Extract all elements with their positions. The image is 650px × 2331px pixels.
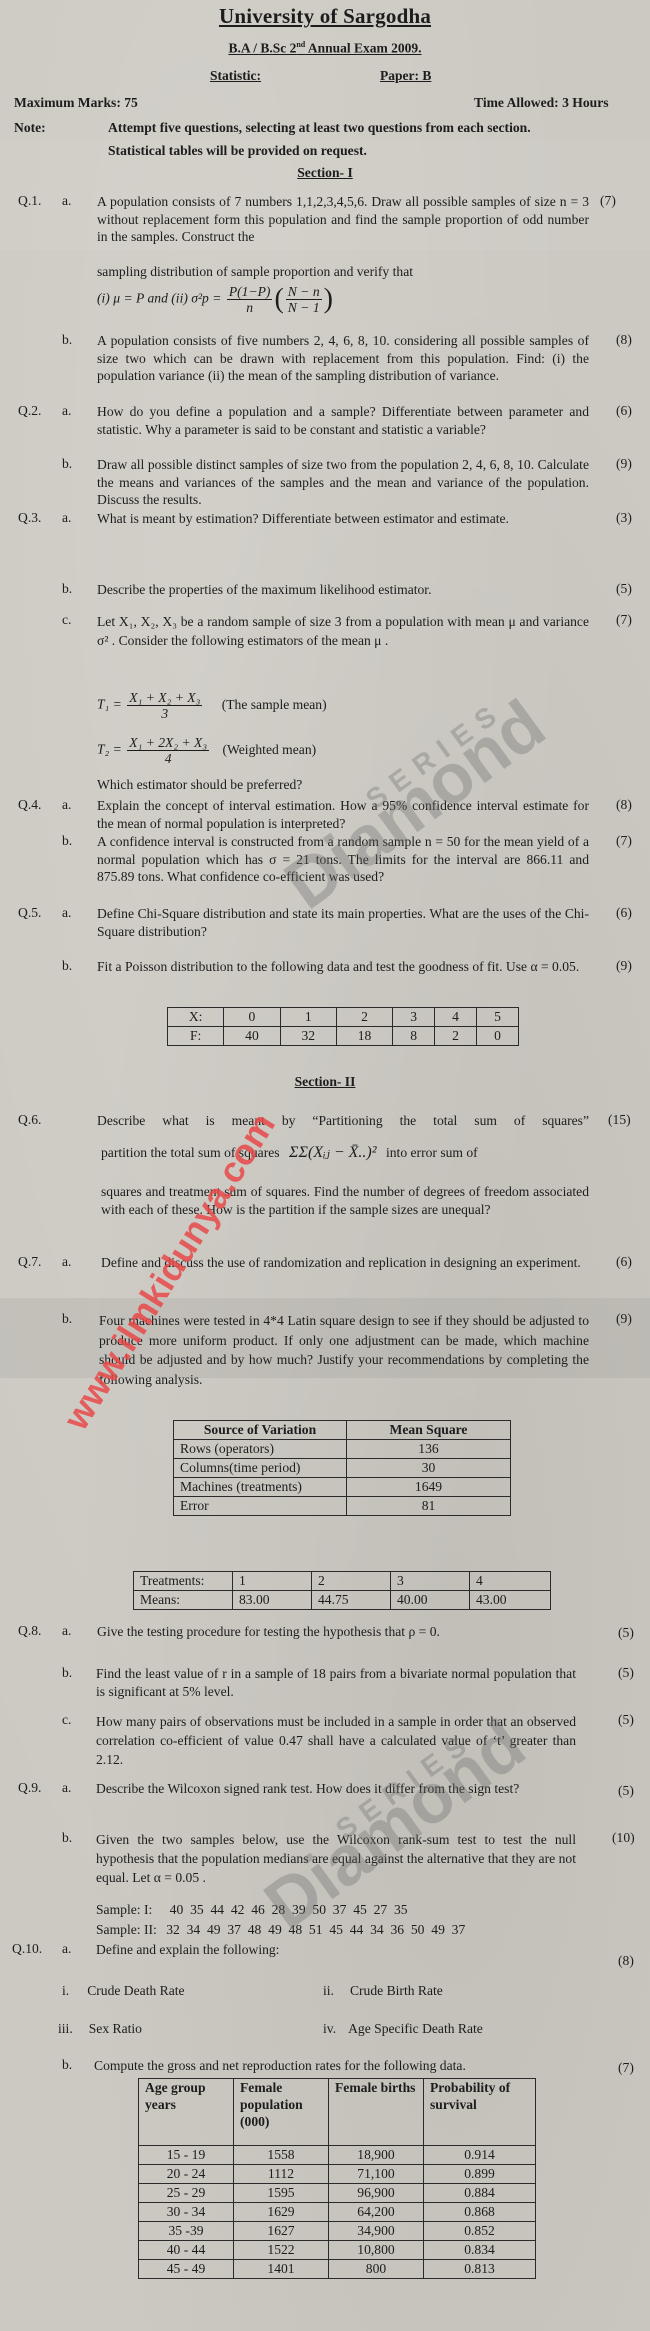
table-cell: 32 bbox=[280, 1027, 336, 1046]
fraction: X₁ + 2X₂ + X₃4 bbox=[127, 735, 209, 766]
table-row: 20 - 24 1112 71,100 0.899 bbox=[139, 2165, 536, 2184]
table-row: 45 - 49 1401 800 0.813 bbox=[139, 2260, 536, 2279]
q6-text-2: partition the total sum of squares ΣΣ(Xᵢ… bbox=[101, 1144, 478, 1162]
q10-number: Q.10. bbox=[12, 1941, 42, 1957]
formula-part: (i) μ = P and (ii) σ²p = bbox=[97, 291, 221, 306]
table-cell: 0.834 bbox=[424, 2241, 536, 2260]
table-cell: 43.00 bbox=[470, 1591, 551, 1610]
table-cell: 1595 bbox=[234, 2184, 329, 2203]
treatment-means-table: Treatments: 1 2 3 4 Means: 83.00 44.75 4… bbox=[133, 1571, 551, 1610]
table-header-row: Source of Variation Mean Square bbox=[174, 1421, 511, 1440]
numerator: X₁ + 2X₂ + X₃ bbox=[127, 735, 209, 751]
table-row: X: 0 1 2 3 4 5 bbox=[168, 1008, 519, 1027]
q3b-marks: (5) bbox=[616, 581, 632, 597]
q4b-marks: (7) bbox=[616, 833, 632, 849]
definition-item: iii.Sex Ratio bbox=[58, 2020, 142, 2038]
q2a-text: How do you define a population and a sam… bbox=[97, 403, 589, 438]
q5b-text: Fit a Poisson distribution to the follow… bbox=[97, 958, 589, 976]
q4a-marks: (8) bbox=[616, 797, 632, 813]
table-cell: 1629 bbox=[234, 2203, 329, 2222]
fraction: P(1−P)n bbox=[227, 284, 273, 315]
q3c-marks: (7) bbox=[616, 612, 632, 628]
table-header: Female births bbox=[329, 2079, 424, 2146]
time-allowed: Time Allowed: 3 Hours bbox=[474, 94, 609, 112]
q6-number: Q.6. bbox=[18, 1112, 41, 1128]
fraction: X₁ + X₂ + X₃3 bbox=[127, 690, 202, 721]
q2-number: Q.2. bbox=[18, 403, 41, 419]
q8b-marks: (5) bbox=[618, 1665, 634, 1681]
table-row: 30 - 34 1629 64,200 0.868 bbox=[139, 2203, 536, 2222]
q8a-text: Give the testing procedure for testing t… bbox=[97, 1623, 589, 1641]
q8c-label: c. bbox=[62, 1712, 71, 1728]
q3c-text: Let X₁, X₂, X₃ be a random sample of siz… bbox=[97, 612, 589, 650]
q6-text-1: Describe what is meant by “Partitioning … bbox=[97, 1112, 589, 1130]
q3-number: Q.3. bbox=[18, 510, 41, 526]
q7b-label: b. bbox=[62, 1311, 72, 1327]
q10b-marks: (7) bbox=[618, 2060, 634, 2076]
table-row: 40 - 44 1522 10,800 0.834 bbox=[139, 2241, 536, 2260]
item-text: Age Specific Death Rate bbox=[348, 2021, 483, 2036]
table-cell: 4 bbox=[470, 1572, 551, 1591]
table-row: 15 - 19 1558 18,900 0.914 bbox=[139, 2146, 536, 2165]
reproduction-rates-table: Age group years Female population (000) … bbox=[138, 2078, 536, 2279]
subject-label: Statistic: bbox=[210, 68, 261, 84]
table-cell: 8 bbox=[393, 1027, 435, 1046]
poisson-table: X: 0 1 2 3 4 5 F: 40 32 18 8 2 0 bbox=[167, 1007, 519, 1046]
q5-number: Q.5. bbox=[18, 905, 41, 921]
q1a-text: A population consists of 7 numbers 1,1,2… bbox=[97, 193, 589, 246]
table-cell: 4 bbox=[435, 1008, 477, 1027]
item-number: iii. bbox=[58, 2021, 73, 2036]
q1b-marks: (8) bbox=[616, 332, 632, 348]
table-cell: 96,900 bbox=[329, 2184, 424, 2203]
paren: ( bbox=[274, 284, 283, 315]
table-cell: 3 bbox=[391, 1572, 470, 1591]
q8-number: Q.8. bbox=[18, 1623, 41, 1639]
q2b-marks: (9) bbox=[616, 456, 632, 472]
note-label: Note: bbox=[14, 119, 46, 137]
item-number: iv. bbox=[323, 2021, 336, 2036]
q8c-marks: (5) bbox=[618, 1712, 634, 1728]
exam-title-suffix: Annual Exam 2009. bbox=[305, 41, 421, 56]
exam-title: B.A / B.Sc 2nd Annual Exam 2009. bbox=[0, 40, 650, 57]
table-cell: 0.899 bbox=[424, 2165, 536, 2184]
sample-label: Sample: I: bbox=[96, 1902, 152, 1917]
table-cell: Means: bbox=[134, 1591, 233, 1610]
table-cell: 0.914 bbox=[424, 2146, 536, 2165]
q4-number: Q.4. bbox=[18, 797, 41, 813]
q3c-label: c. bbox=[62, 612, 71, 628]
q3b-text: Describe the properties of the maximum l… bbox=[97, 581, 589, 599]
table-cell: 40.00 bbox=[391, 1591, 470, 1610]
table-row: F: 40 32 18 8 2 0 bbox=[168, 1027, 519, 1046]
table-row: 35 -39 1627 34,900 0.852 bbox=[139, 2222, 536, 2241]
table-cell: 45 - 49 bbox=[139, 2260, 234, 2279]
table-cell: 20 - 24 bbox=[139, 2165, 234, 2184]
q1a-marks: (7) bbox=[600, 193, 616, 209]
exam-paper: University of Sargodha B.A / B.Sc 2nd An… bbox=[0, 0, 650, 2331]
sample-2: Sample: II: 32 34 49 37 48 49 48 51 45 4… bbox=[96, 1921, 465, 1939]
table-row: Machines (treatments) 1649 bbox=[174, 1478, 511, 1497]
university-title: University of Sargodha bbox=[0, 4, 650, 29]
formula-note: (Weighted mean) bbox=[223, 742, 317, 757]
table-cell: Rows (operators) bbox=[174, 1440, 347, 1459]
definition-item: i.Crude Death Rate bbox=[62, 1982, 185, 2000]
q9a-label: a. bbox=[62, 1780, 71, 1796]
sample-label: Sample: II: bbox=[96, 1922, 157, 1937]
table-cell: 40 bbox=[224, 1027, 280, 1046]
table-cell: 1522 bbox=[234, 2241, 329, 2260]
q5a-text: Define Chi-Square distribution and state… bbox=[97, 905, 589, 940]
table-cell: 30 bbox=[347, 1459, 511, 1478]
table-cell: 40 - 44 bbox=[139, 2241, 234, 2260]
table-cell: 800 bbox=[329, 2260, 424, 2279]
table-cell: 0.852 bbox=[424, 2222, 536, 2241]
section-2-heading: Section- II bbox=[0, 1074, 650, 1090]
q9a-marks: (5) bbox=[618, 1783, 634, 1799]
item-number: i. bbox=[62, 1983, 69, 1998]
denominator: n bbox=[227, 300, 273, 315]
table-cell: 15 - 19 bbox=[139, 2146, 234, 2165]
q8b-label: b. bbox=[62, 1665, 72, 1681]
q9b-marks: (10) bbox=[612, 1830, 635, 1846]
q4b-label: b. bbox=[62, 833, 72, 849]
q1-number: Q.1. bbox=[18, 193, 41, 209]
table-cell: 18 bbox=[336, 1027, 392, 1046]
definition-item: ii.Crude Birth Rate bbox=[323, 1982, 443, 2000]
table-cell: 30 - 34 bbox=[139, 2203, 234, 2222]
q3a-label: a. bbox=[62, 510, 71, 526]
table-header: Probability of survival bbox=[424, 2079, 536, 2146]
q1b-label: b. bbox=[62, 332, 72, 348]
table-cell: 0.884 bbox=[424, 2184, 536, 2203]
table-header: Source of Variation bbox=[174, 1421, 347, 1440]
sum-of-squares-formula: ΣΣ(Xᵢⱼ − X̄..)² bbox=[289, 1144, 377, 1161]
table-cell: Columns(time period) bbox=[174, 1459, 347, 1478]
paren: ) bbox=[324, 284, 333, 315]
table-cell: 44.75 bbox=[312, 1591, 391, 1610]
table-cell: 1401 bbox=[234, 2260, 329, 2279]
denominator: 4 bbox=[127, 751, 209, 766]
table-row: Columns(time period) 30 bbox=[174, 1459, 511, 1478]
q8a-label: a. bbox=[62, 1623, 71, 1639]
table-cell: 3 bbox=[393, 1008, 435, 1027]
table-row: 25 - 29 1595 96,900 0.884 bbox=[139, 2184, 536, 2203]
q6-marks: (15) bbox=[608, 1112, 631, 1128]
table-row: Error 81 bbox=[174, 1497, 511, 1516]
table-cell: 0.868 bbox=[424, 2203, 536, 2222]
table-cell: 25 - 29 bbox=[139, 2184, 234, 2203]
table-cell: 35 -39 bbox=[139, 2222, 234, 2241]
table-cell: 2 bbox=[336, 1008, 392, 1027]
table-cell: 1558 bbox=[234, 2146, 329, 2165]
formula-note: (The sample mean) bbox=[222, 697, 327, 712]
table-cell: 0.813 bbox=[424, 2260, 536, 2279]
item-number: ii. bbox=[323, 1983, 334, 1998]
sample-1: Sample: I: 40 35 44 42 46 28 39 50 37 45… bbox=[96, 1901, 408, 1919]
table-cell: 10,800 bbox=[329, 2241, 424, 2260]
table-row: Means: 83.00 44.75 40.00 43.00 bbox=[134, 1591, 551, 1610]
table-header: Mean Square bbox=[347, 1421, 511, 1440]
item-text: Crude Birth Rate bbox=[350, 1983, 443, 1998]
q10b-text: Compute the gross and net reproduction r… bbox=[94, 2057, 586, 2075]
q10a-label: a. bbox=[62, 1941, 71, 1957]
q3b-label: b. bbox=[62, 581, 72, 597]
numerator: P(1−P) bbox=[227, 284, 273, 300]
table-cell: 1 bbox=[280, 1008, 336, 1027]
paper-label: Paper: B bbox=[380, 68, 431, 84]
text-part: into error sum of bbox=[386, 1145, 478, 1160]
fraction: N − nN − 1 bbox=[286, 284, 322, 315]
table-cell: 0 bbox=[224, 1008, 280, 1027]
q5a-label: a. bbox=[62, 905, 71, 921]
q1a-formula: (i) μ = P and (ii) σ²p = P(1−P)n(N − nN … bbox=[97, 284, 333, 315]
table-cell: 71,100 bbox=[329, 2165, 424, 2184]
table-row: Treatments: 1 2 3 4 bbox=[134, 1572, 551, 1591]
q7a-marks: (6) bbox=[616, 1254, 632, 1270]
item-text: Crude Death Rate bbox=[87, 1983, 184, 1998]
table-cell: 0 bbox=[477, 1027, 519, 1046]
q2b-text: Draw all possible distinct samples of si… bbox=[97, 456, 589, 509]
table-cell: 1649 bbox=[347, 1478, 511, 1497]
table-cell: 136 bbox=[347, 1440, 511, 1459]
table-cell: 1627 bbox=[234, 2222, 329, 2241]
q7-number: Q.7. bbox=[18, 1254, 41, 1270]
q8a-marks: (5) bbox=[618, 1625, 634, 1641]
table-cell: X: bbox=[168, 1008, 224, 1027]
table-cell: 81 bbox=[347, 1497, 511, 1516]
q2a-label: a. bbox=[62, 403, 71, 419]
t1-formula: T₁ = X₁ + X₂ + X₃3 (The sample mean) bbox=[97, 690, 327, 721]
table-cell: F: bbox=[168, 1027, 224, 1046]
table-header: Female population (000) bbox=[234, 2079, 329, 2146]
q7a-label: a. bbox=[62, 1254, 71, 1270]
note-line-1: Attempt five questions, selecting at lea… bbox=[108, 119, 633, 137]
table-row: Rows (operators) 136 bbox=[174, 1440, 511, 1459]
q7b-text: Four machines were tested in 4*4 Latin s… bbox=[99, 1311, 589, 1389]
t2-formula: T₂ = X₁ + 2X₂ + X₃4 (Weighted mean) bbox=[97, 735, 316, 766]
q2a-marks: (6) bbox=[616, 403, 632, 419]
table-cell: 83.00 bbox=[233, 1591, 312, 1610]
table-cell: 34,900 bbox=[329, 2222, 424, 2241]
formula-lhs: T₁ = bbox=[97, 697, 122, 712]
exam-title-prefix: B.A / B.Sc 2 bbox=[228, 41, 296, 56]
table-cell: 1 bbox=[233, 1572, 312, 1591]
q5b-label: b. bbox=[62, 958, 72, 974]
table-cell: 2 bbox=[312, 1572, 391, 1591]
table-header-row: Age group years Female population (000) … bbox=[139, 2079, 536, 2146]
exam-title-sup: nd bbox=[296, 40, 305, 49]
q8b-text: Find the least value of r in a sample of… bbox=[96, 1665, 576, 1700]
table-cell: 5 bbox=[477, 1008, 519, 1027]
q9-number: Q.9. bbox=[18, 1780, 41, 1796]
denominator: N − 1 bbox=[286, 300, 322, 315]
q2b-label: b. bbox=[62, 456, 72, 472]
q10a-text: Define and explain the following: bbox=[96, 1941, 588, 1959]
q1b-text: A population consists of five numbers 2,… bbox=[97, 332, 589, 385]
note-line-2: Statistical tables will be provided on r… bbox=[108, 142, 367, 160]
item-text: Sex Ratio bbox=[89, 2021, 142, 2036]
q10b-label: b. bbox=[62, 2057, 72, 2073]
formula-lhs: T₂ = bbox=[97, 742, 122, 757]
q1a-text-2: sampling distribution of sample proporti… bbox=[97, 263, 589, 281]
q3a-text: What is meant by estimation? Differentia… bbox=[97, 510, 589, 528]
max-marks: Maximum Marks: 75 bbox=[14, 94, 138, 112]
q6-text-3: squares and treatment sum of squares. Fi… bbox=[101, 1183, 589, 1218]
table-cell: 18,900 bbox=[329, 2146, 424, 2165]
q1a-label: a. bbox=[62, 193, 71, 209]
table-cell: 1112 bbox=[234, 2165, 329, 2184]
table-cell: 2 bbox=[435, 1027, 477, 1046]
denominator: 3 bbox=[127, 706, 202, 721]
q5b-marks: (9) bbox=[616, 958, 632, 974]
numerator: N − n bbox=[286, 284, 322, 300]
table-cell: Error bbox=[174, 1497, 347, 1516]
q7b-marks: (9) bbox=[616, 1311, 632, 1327]
q3a-marks: (3) bbox=[616, 510, 632, 526]
table-header: Age group years bbox=[139, 2079, 234, 2146]
definition-item: iv.Age Specific Death Rate bbox=[323, 2020, 483, 2038]
table-cell: Treatments: bbox=[134, 1572, 233, 1591]
q10a-marks: (8) bbox=[618, 1953, 634, 1969]
numerator: X₁ + X₂ + X₃ bbox=[127, 690, 202, 706]
q5a-marks: (6) bbox=[616, 905, 632, 921]
section-1-heading: Section- I bbox=[0, 165, 650, 181]
q4a-label: a. bbox=[62, 797, 71, 813]
table-cell: Machines (treatments) bbox=[174, 1478, 347, 1497]
anova-table: Source of Variation Mean Square Rows (op… bbox=[173, 1420, 511, 1516]
q9b-label: b. bbox=[62, 1830, 72, 1846]
table-cell: 64,200 bbox=[329, 2203, 424, 2222]
